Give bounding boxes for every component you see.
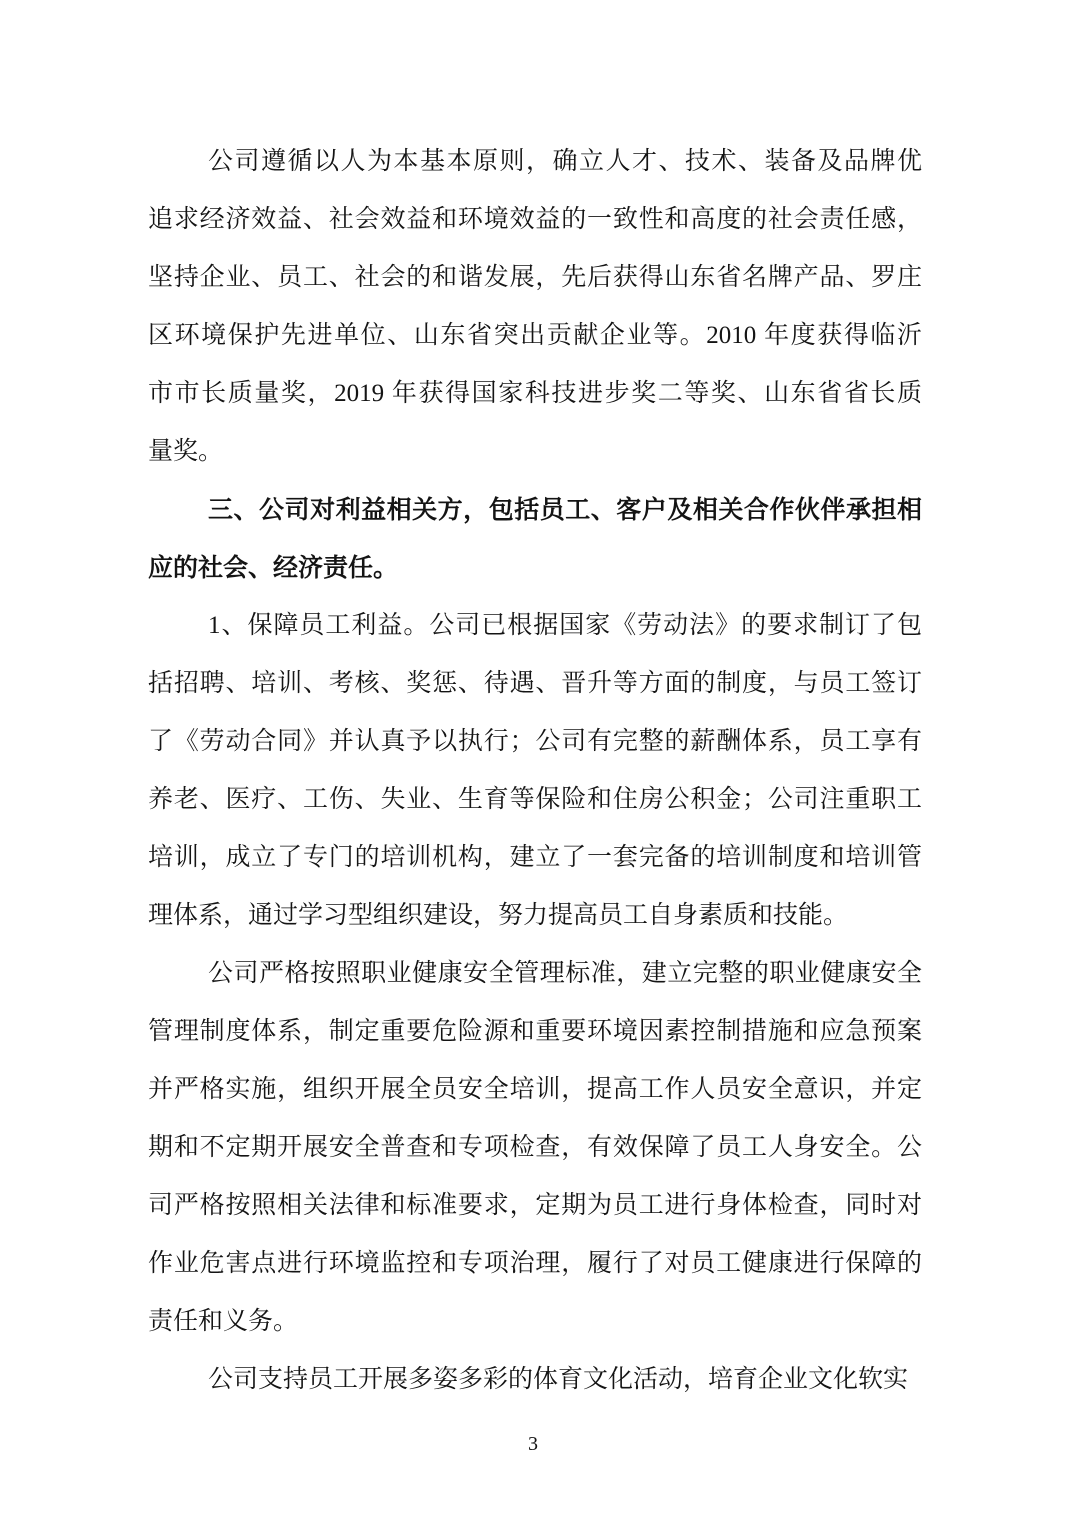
text-line: 量奖。 [148, 423, 922, 481]
text-line: 括招聘、培训、考核、奖惩、待遇、晋升等方面的制度，与员工签订 [148, 655, 922, 713]
heading-line: 三、公司对利益相关方，包括员工、客户及相关合作伙伴承担相 [148, 481, 922, 539]
text-line: 理体系，通过学习型组织建设，努力提高员工自身素质和技能。 [148, 887, 922, 945]
document-body: 公司遵循以人为本基本原则，确立人才、技术、装备及品牌优势， 追求经济效益、社会效… [148, 133, 922, 1409]
text-line: 责任和义务。 [148, 1293, 922, 1351]
text-line: 并严格实施，组织开展全员安全培训，提高工作人员安全意识，并定 [148, 1061, 922, 1119]
text-line: 培训，成立了专门的培训机构，建立了一套完备的培训制度和培训管 [148, 829, 922, 887]
text-line: 公司支持员工开展多姿多彩的体育文化活动，培育企业文化软实 [148, 1351, 922, 1409]
text-line: 公司严格按照职业健康安全管理标准，建立完整的职业健康安全 [148, 945, 922, 1003]
text-line: 了《劳动合同》并认真予以执行；公司有完整的薪酬体系，员工享有 [148, 713, 922, 771]
section-heading-three: 三、公司对利益相关方，包括员工、客户及相关合作伙伴承担相 应的社会、经济责任。 [148, 481, 922, 597]
paragraph-employee-benefits: 1、保障员工利益。公司已根据国家《劳动法》的要求制订了包 括招聘、培训、考核、奖… [148, 597, 922, 945]
text-line: 司严格按照相关法律和标准要求，定期为员工进行身体检查，同时对 [148, 1177, 922, 1235]
text-line: 管理制度体系，制定重要危险源和重要环境因素控制措施和应急预案 [148, 1003, 922, 1061]
text-line: 作业危害点进行环境监控和专项治理，履行了对员工健康进行保障的 [148, 1235, 922, 1293]
text-line: 期和不定期开展安全普查和专项检查，有效保障了员工人身安全。公 [148, 1119, 922, 1177]
text-line: 养老、医疗、工伤、失业、生育等保险和住房公积金；公司注重职工 [148, 771, 922, 829]
document-page: 公司遵循以人为本基本原则，确立人才、技术、装备及品牌优势， 追求经济效益、社会效… [0, 0, 1066, 1516]
text-line: 市市长质量奖，2019 年获得国家科技进步奖二等奖、山东省省长质 [148, 365, 922, 423]
page-number: 3 [0, 1426, 1066, 1462]
text-line: 坚持企业、员工、社会的和谐发展，先后获得山东省名牌产品、罗庄 [148, 249, 922, 307]
paragraph-company-principles: 公司遵循以人为本基本原则，确立人才、技术、装备及品牌优势， 追求经济效益、社会效… [148, 133, 922, 481]
paragraph-culture-activities: 公司支持员工开展多姿多彩的体育文化活动，培育企业文化软实 [148, 1351, 922, 1409]
text-line: 区环境保护先进单位、山东省突出贡献企业等。2010 年度获得临沂 [148, 307, 922, 365]
paragraph-health-safety: 公司严格按照职业健康安全管理标准，建立完整的职业健康安全 管理制度体系，制定重要… [148, 945, 922, 1351]
heading-line: 应的社会、经济责任。 [148, 539, 922, 597]
text-line: 1、保障员工利益。公司已根据国家《劳动法》的要求制订了包 [148, 597, 922, 655]
text-line: 公司遵循以人为本基本原则，确立人才、技术、装备及品牌优势， [148, 133, 922, 191]
text-line: 追求经济效益、社会效益和环境效益的一致性和高度的社会责任感， [148, 191, 922, 249]
